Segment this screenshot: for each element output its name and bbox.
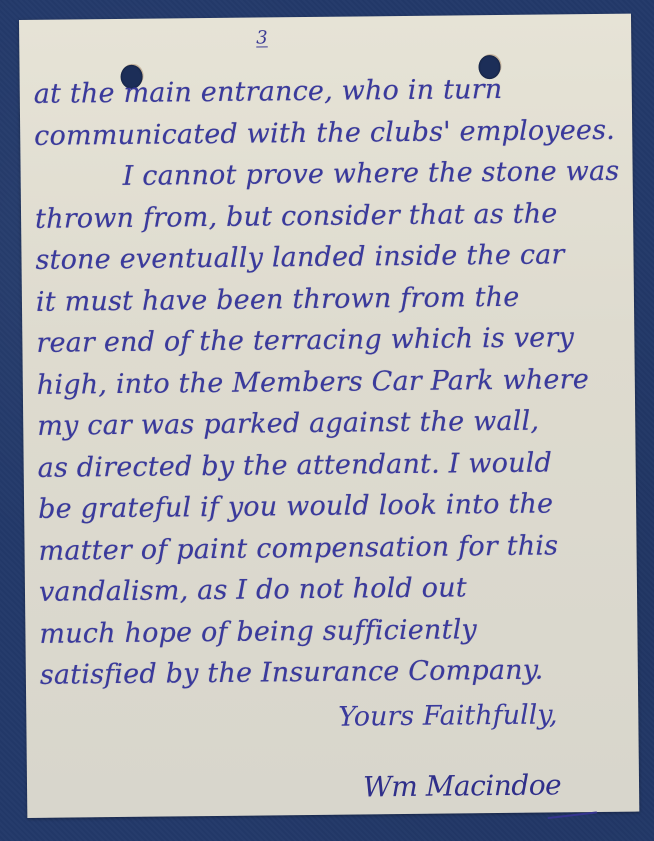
letter-line: it must have been thrown from the [36, 275, 626, 323]
letter-line: be grateful if you would look into the [38, 483, 628, 531]
letter-body: at the main entrance, who in turn commun… [34, 68, 630, 697]
signature: Wm Macindoe [363, 768, 561, 803]
letter-line: thrown from, but consider that as the [35, 192, 625, 240]
letter-line: my car was parked against the wall, [37, 400, 627, 448]
letter-line: rear end of the terracing which is very [36, 317, 626, 365]
letter-page: 3 at the main entrance, who in turn comm… [19, 14, 639, 818]
page-number: 3 [256, 27, 268, 48]
letter-line: much hope of being sufficiently [39, 607, 629, 655]
letter-line: matter of paint compensation for this [38, 524, 628, 572]
letter-line: high, into the Members Car Park where [37, 358, 627, 406]
letter-line: vandalism, as I do not hold out [39, 566, 629, 614]
letter-closing: Yours Faithfully, [338, 699, 558, 732]
letter-line: satisfied by the Insurance Company. [40, 649, 630, 697]
letter-line: at the main entrance, who in turn [34, 68, 624, 116]
letter-line: I cannot prove where the stone was [34, 151, 624, 199]
letter-line: communicated with the clubs' employees. [34, 109, 624, 157]
letter-line: as directed by the attendant. I would [37, 441, 627, 489]
letter-line: stone eventually landed inside the car [35, 234, 625, 282]
